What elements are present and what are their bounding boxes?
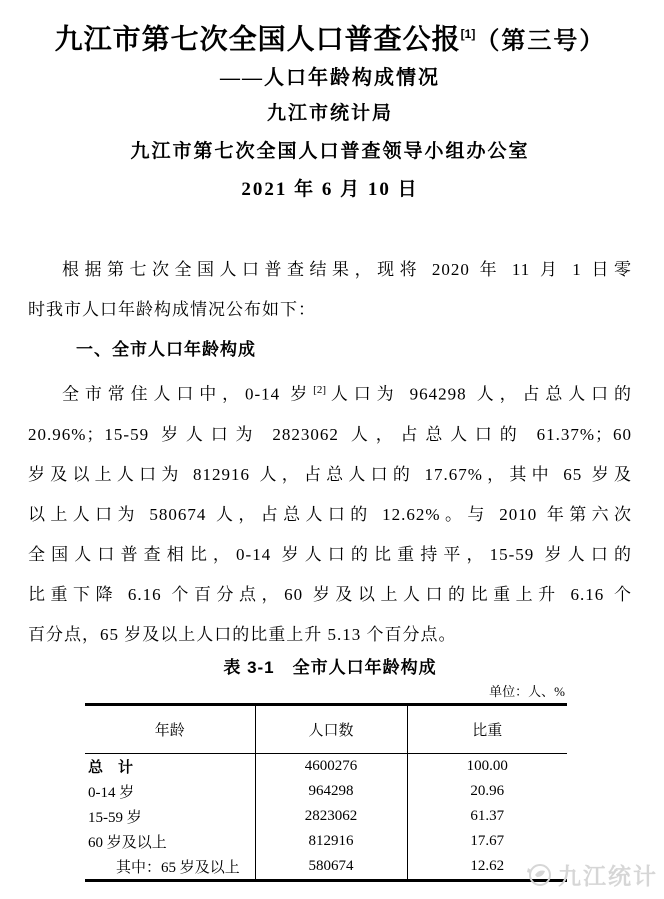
- paragraph-1-line-2: 时我市人口年龄构成情况公布如下：: [28, 290, 632, 330]
- row-value-population: 812916: [255, 829, 407, 854]
- document-title-main: 九江市第七次全国人口普查公报: [55, 23, 461, 54]
- column-header-share: 比重: [407, 704, 567, 753]
- document-title-number: （第三号）: [475, 28, 605, 54]
- column-header-age: 年龄: [85, 704, 255, 753]
- table-row: 60 岁及以上 812916 17.67: [85, 829, 567, 854]
- row-value-share: 17.67: [407, 829, 567, 854]
- table-section: 单位：人、% 年龄 人口数 比重 总 计 4600276 100.00 0-14…: [85, 681, 567, 882]
- section-1-heading: 一、全市人口年龄构成: [28, 330, 632, 370]
- table-caption: 表 3-1 全市人口年龄构成: [28, 655, 632, 681]
- row-value-population: 580674: [255, 854, 407, 881]
- paragraph-2-line-7: 百分点，65 岁及以上人口的比重上升 5.13 个百分点。: [28, 615, 632, 655]
- issuing-org-statistics-bureau: 九江市统计局: [28, 95, 632, 133]
- table-row: 其中：65 岁及以上 580674 12.62: [85, 854, 567, 881]
- paragraph-2-line-1-post: 人口为 964298 人，占总人口的: [326, 385, 632, 404]
- table-header-row: 年龄 人口数 比重: [85, 704, 567, 753]
- paragraph-2-line-5: 全国人口普查相比，0-14 岁人口的比重持平，15-59 岁人口的: [28, 535, 632, 575]
- table-row: 0-14 岁 964298 20.96: [85, 779, 567, 804]
- census-bulletin-page: 九江市第七次全国人口普查公报[1]（第三号） ——人口年龄构成情况 九江市统计局…: [0, 0, 664, 899]
- row-value-share: 61.37: [407, 804, 567, 829]
- paragraph-2-line-1-pre: 全市常住人口中，0-14 岁: [62, 385, 313, 404]
- table-row: 总 计 4600276 100.00: [85, 753, 567, 779]
- publish-date: 2021 年 6 月 10 日: [28, 171, 632, 209]
- document-body: 根据第七次全国人口普查结果，现将 2020 年 11 月 1 日零 时我市人口年…: [28, 250, 632, 655]
- row-value-population: 4600276: [255, 753, 407, 779]
- document-title: 九江市第七次全国人口普查公报[1]（第三号）: [28, 14, 632, 61]
- jiujiang-statistics-logo-icon: [524, 860, 554, 890]
- paragraph-2-line-6: 比重下降 6.16 个百分点，60 岁及以上人口的比重上升 6.16 个: [28, 575, 632, 615]
- age-composition-table: 年龄 人口数 比重 总 计 4600276 100.00 0-14 岁 9642…: [85, 703, 567, 882]
- paragraph-2-line-2: 20.96%；15-59 岁人口为 2823062 人，占总人口的 61.37%…: [28, 415, 632, 455]
- paragraph-2-line-1: 全市常住人口中，0-14 岁[2]人口为 964298 人，占总人口的: [28, 370, 632, 415]
- paragraph-1-line-1: 根据第七次全国人口普查结果，现将 2020 年 11 月 1 日零: [28, 250, 632, 290]
- row-label-age-15-59: 15-59 岁: [85, 804, 255, 829]
- watermark: 九江统计: [524, 858, 658, 891]
- row-value-population: 2823062: [255, 804, 407, 829]
- table-row: 15-59 岁 2823062 61.37: [85, 804, 567, 829]
- document-subtitle: ——人口年龄构成情况: [28, 61, 632, 95]
- issuing-org-census-office: 九江市第七次全国人口普查领导小组办公室: [28, 133, 632, 171]
- title-footnote-ref: [1]: [461, 27, 476, 41]
- column-header-population: 人口数: [255, 704, 407, 753]
- body-footnote-ref: [2]: [313, 384, 326, 396]
- row-label-age-65-plus: 其中：65 岁及以上: [85, 854, 255, 881]
- row-label-total: 总 计: [85, 753, 255, 779]
- paragraph-2-line-3: 岁及以上人口为 812916 人，占总人口的 17.67%，其中 65 岁及: [28, 455, 632, 495]
- row-value-population: 964298: [255, 779, 407, 804]
- row-label-age-0-14: 0-14 岁: [85, 779, 255, 804]
- row-value-share: 100.00: [407, 753, 567, 779]
- table-unit-label: 单位：人、%: [85, 681, 567, 703]
- row-label-age-60-plus: 60 岁及以上: [85, 829, 255, 854]
- paragraph-2-line-4: 以上人口为 580674 人，占总人口的 12.62%。与 2010 年第六次: [28, 495, 632, 535]
- watermark-label: 九江统计: [558, 858, 658, 891]
- row-value-share: 20.96: [407, 779, 567, 804]
